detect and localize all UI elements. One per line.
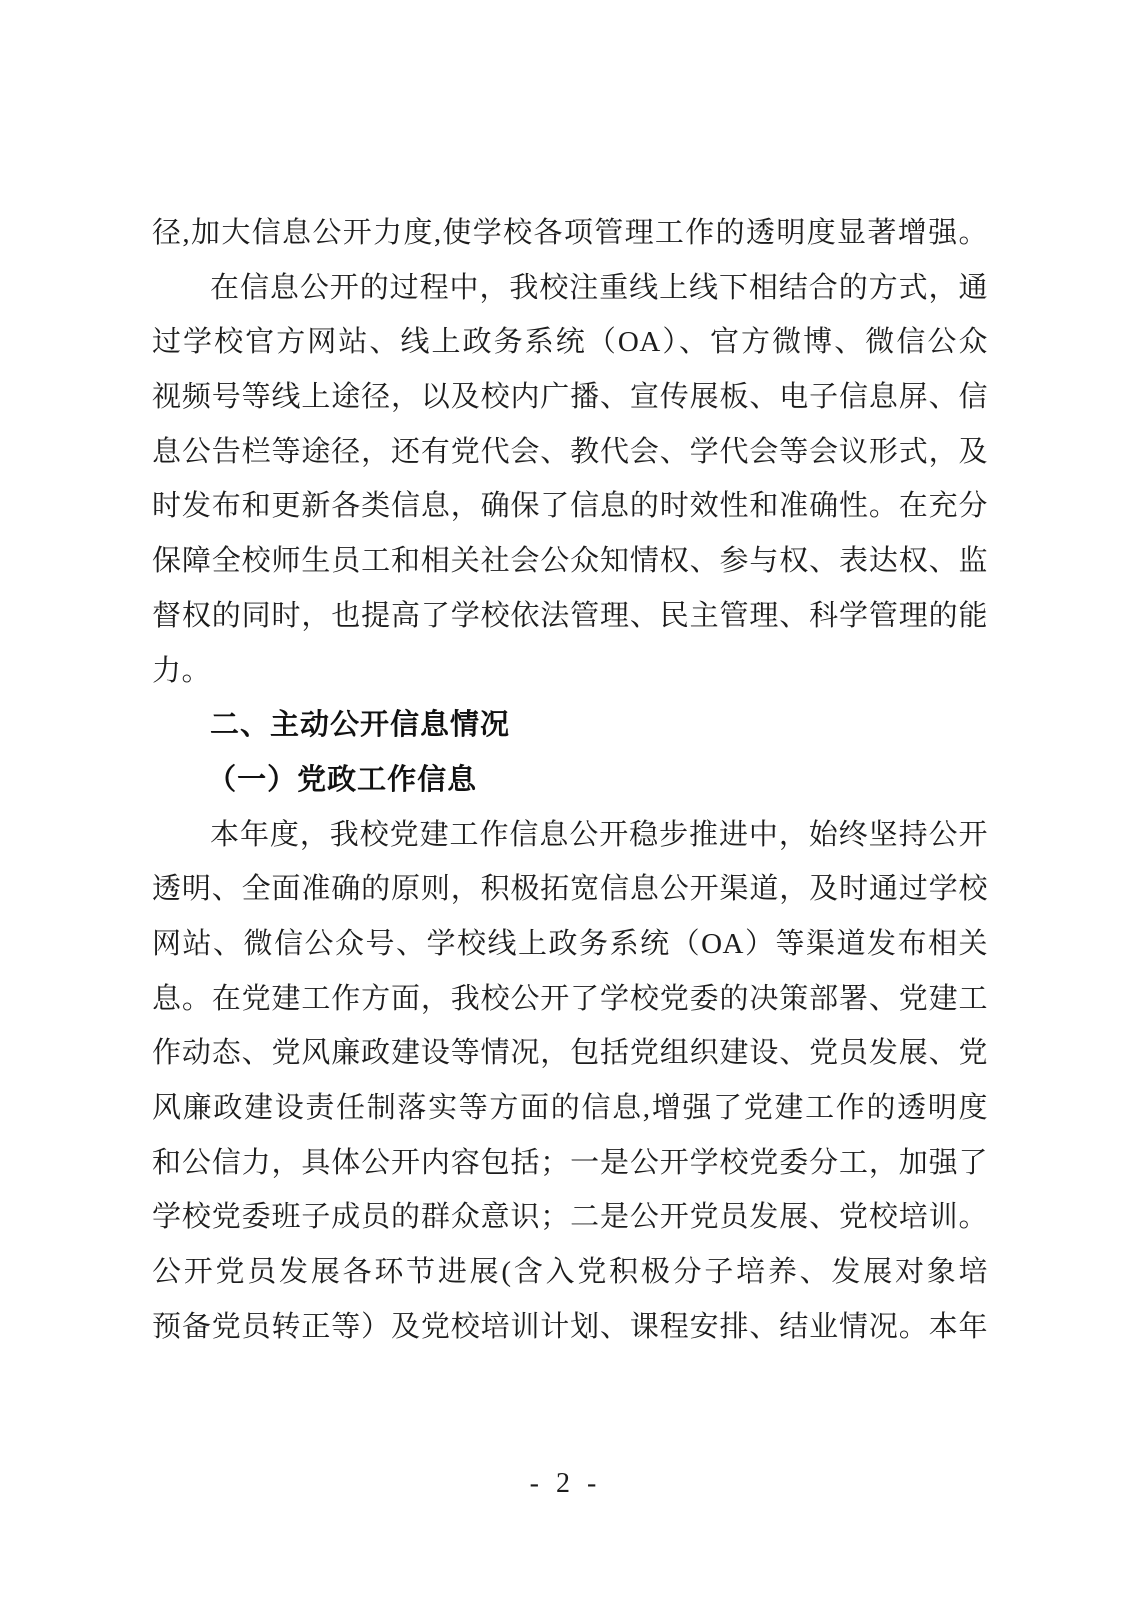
text-line: 力。: [152, 644, 988, 699]
text-line: 作动态、党风廉政建设等情况，包括党组织建设、党员发展、党: [152, 1026, 988, 1081]
text-line: 本年度，我校党建工作信息公开稳步推进中，始终坚持公开: [152, 808, 988, 863]
text-line: 保障全校师生员工和相关社会公众知情权、参与权、表达权、监: [152, 534, 988, 589]
text-line: 在信息公开的过程中，我校注重线上线下相结合的方式，通: [152, 261, 988, 316]
subsection-heading: （一）党政工作信息: [152, 753, 988, 808]
text-line: 息公告栏等途径，还有党代会、教代会、学代会等会议形式，及: [152, 425, 988, 480]
text-line: 公开党员发展各环节进展(含入党积极分子培养、发展对象培养、: [152, 1245, 988, 1300]
paragraph: 本年度，我校党建工作信息公开稳步推进中，始终坚持公开 透明、全面准确的原则，积极…: [152, 808, 988, 1355]
text-line: 透明、全面准确的原则，积极拓宽信息公开渠道，及时通过学校: [152, 862, 988, 917]
text-line: 督权的同时，也提高了学校依法管理、民主管理、科学管理的能: [152, 589, 988, 644]
document-body: 径,加大信息公开力度,使学校各项管理工作的透明度显著增强。 在信息公开的过程中，…: [152, 206, 988, 1354]
paragraph: 在信息公开的过程中，我校注重线上线下相结合的方式，通 过学校官方网站、线上政务系…: [152, 261, 988, 699]
paragraph-continuation: 径,加大信息公开力度,使学校各项管理工作的透明度显著增强。: [152, 206, 988, 261]
page-number: - 2 -: [530, 1468, 602, 1499]
text-line: 网站、微信公众号、学校线上政务系统（OA）等渠道发布相关信: [152, 917, 988, 972]
text-line: 时发布和更新各类信息，确保了信息的时效性和准确性。在充分: [152, 479, 988, 534]
text-line: 预备党员转正等）及党校培训计划、课程安排、结业情况。本年: [152, 1300, 988, 1355]
text-line: 视频号等线上途径，以及校内广播、宣传展板、电子信息屏、信: [152, 370, 988, 425]
text-line: 过学校官方网站、线上政务系统（OA）、官方微博、微信公众号、: [152, 315, 988, 370]
page-footer: - 2 -: [0, 1468, 1131, 1500]
text-line: 学校党委班子成员的群众意识；二是公开党员发展、党校培训。: [152, 1190, 988, 1245]
section-heading: 二、主动公开信息情况: [152, 698, 988, 753]
text-line: 和公信力，具体公开内容包括；一是公开学校党委分工，加强了: [152, 1136, 988, 1191]
text-line: 息。在党建工作方面，我校公开了学校党委的决策部署、党建工: [152, 972, 988, 1027]
text-line: 风廉政建设责任制落实等方面的信息,增强了党建工作的透明度: [152, 1081, 988, 1136]
document-page: 径,加大信息公开力度,使学校各项管理工作的透明度显著增强。 在信息公开的过程中，…: [0, 0, 1131, 1600]
text-line: 径,加大信息公开力度,使学校各项管理工作的透明度显著增强。: [152, 206, 988, 261]
